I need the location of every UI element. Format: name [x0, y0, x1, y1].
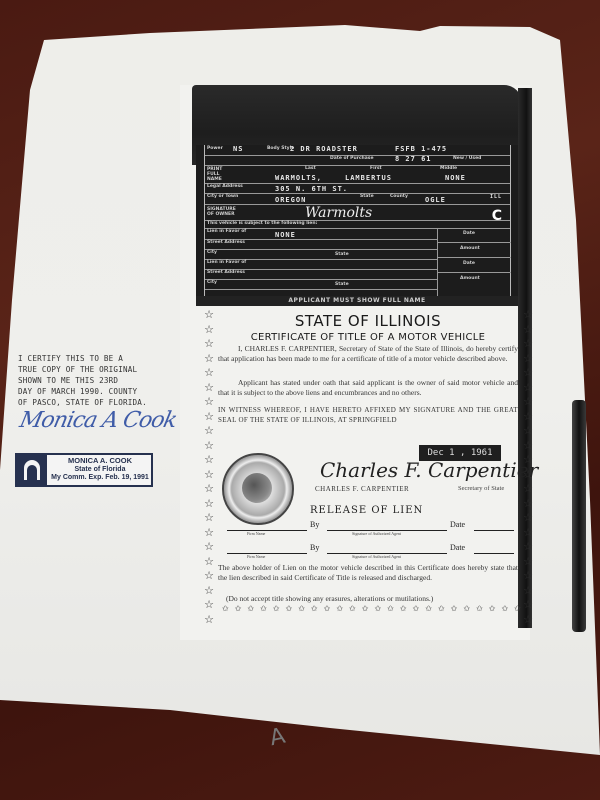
release-statement: The above holder of Lien on the motor ve… — [218, 563, 518, 583]
notary-line: TRUE COPY OF THE ORIGINAL — [18, 364, 188, 375]
by-label-1: By — [310, 520, 319, 529]
illinois-state-seal — [222, 453, 294, 525]
liens-header: This vehicle is subject to the following… — [207, 221, 317, 226]
date-label-1: Date — [450, 520, 465, 529]
lien2-favor-label: Lien in Favor of — [207, 260, 246, 265]
form-grid: Power NS Body Style 2 DR ROADSTER FSFB 1… — [204, 145, 511, 299]
star-border-left: ☆☆☆☆☆☆☆☆☆☆☆☆☆☆☆☆☆☆☆☆☆☆ — [202, 308, 216, 627]
owner-last-name: WARMOLTS, — [275, 174, 322, 182]
vehicle-info-form: Power NS Body Style 2 DR ROADSTER FSFB 1… — [196, 145, 518, 300]
purchase-date-value: 8 27 61 — [395, 155, 432, 163]
lien1-amount-label: Amount — [460, 246, 480, 251]
serial-value: FSFB 1-475 — [395, 145, 447, 153]
secretary-title: Secretary of State — [458, 485, 504, 492]
agent-signature-line-1 — [327, 520, 447, 531]
eagle-emblem-icon — [242, 473, 272, 503]
power-value: NS — [233, 145, 243, 153]
certify-paragraph: I, CHARLES F. CARPENTIER, Secretary of S… — [218, 344, 518, 364]
city-label: City or Town — [207, 194, 238, 199]
notary-stamp-text: MONICA A. COOK State of Florida My Comm.… — [50, 457, 150, 483]
full-name-banner: APPLICANT MUST SHOW FULL NAME — [196, 296, 518, 306]
date-line-1 — [474, 520, 514, 531]
secretary-signature: Charles F. Carpentier — [320, 458, 538, 482]
release-line-1: By Date Firm Name Signature of Authorize… — [222, 520, 512, 540]
notary-bell-icon — [17, 455, 47, 485]
new-used-label: New / Used — [453, 156, 481, 161]
notary-expiry: My Comm. Exp. Feb. 19, 1991 — [50, 474, 150, 483]
secretary-name: CHARLES F. CARPENTIER — [315, 485, 409, 493]
notary-state: State of Florida — [50, 466, 150, 475]
stray-pencil-mark: A — [268, 724, 288, 752]
county-label: County — [390, 194, 408, 199]
lien1-favor-label: Lien in Favor of — [207, 229, 246, 234]
notary-line: I CERTIFY THIS TO BE A — [18, 353, 188, 364]
owner-middle-name: NONE — [445, 174, 466, 182]
power-label: Power — [207, 146, 223, 151]
purchase-date-label: Date of Purchase — [330, 156, 374, 161]
firm-name-line-1 — [227, 520, 307, 531]
owner-signature: Warmolts — [305, 205, 372, 221]
notary-stamp: MONICA A. COOK State of Florida My Comm.… — [15, 453, 153, 487]
county-value: OGLE — [425, 196, 446, 204]
body-style-value: 2 DR ROADSTER — [290, 145, 358, 153]
oath-paragraph: Applicant has stated under oath that sai… — [218, 378, 518, 398]
state-title: STATE OF ILLINOIS — [218, 312, 518, 330]
notary-certification: I CERTIFY THIS TO BE A TRUE COPY OF THE … — [18, 353, 188, 408]
lien2-state-label: State — [335, 282, 349, 287]
middle-name-label: Middle — [440, 166, 457, 171]
signature-label: SIGNATURE OF OWNER — [207, 207, 237, 217]
certificate-heading: STATE OF ILLINOIS CERTIFICATE OF TITLE O… — [218, 312, 518, 343]
notary-line: OF PASCO, STATE OF FLORIDA. — [18, 397, 188, 408]
lien1-favor-value: NONE — [275, 231, 296, 239]
lien1-state-label: State — [335, 252, 349, 257]
state-label: State — [360, 194, 374, 199]
legal-address-label: Legal Address — [207, 184, 243, 189]
release-line-2: By Date Firm Name Signature of Authorize… — [222, 543, 512, 563]
agent-caption-1: Signature of Authorized Agent — [352, 531, 401, 536]
bottom-star-border: ✩ ✩ ✩ ✩ ✩ ✩ ✩ ✩ ✩ ✩ ✩ ✩ ✩ ✩ ✩ ✩ ✩ ✩ ✩ ✩ … — [222, 604, 522, 613]
notary-line: SHOWN TO ME THIS 23RD — [18, 375, 188, 386]
state-value: ILL — [490, 194, 502, 200]
lien2-street-label: Street Address — [207, 270, 245, 275]
agent-signature-line-2 — [327, 543, 447, 554]
owner-name-label: PRINT FULL NAME — [207, 167, 229, 182]
by-label-2: By — [310, 543, 319, 552]
lien-date-amount-column: Date Amount Date Amount — [437, 228, 511, 298]
lien2-city-label: City — [207, 280, 217, 285]
lien1-street-label: Street Address — [207, 240, 245, 245]
alteration-warning: (Do not accept title showing any erasure… — [226, 594, 526, 604]
firm-name-caption-2: Firm Name — [247, 554, 265, 559]
firm-name-line-2 — [227, 543, 307, 554]
first-name-label: First — [370, 166, 382, 171]
notary-name: MONICA A. COOK — [50, 457, 150, 466]
owner-first-name: LAMBERTUS — [345, 174, 392, 182]
notary-line: DAY OF MARCH 1990. COUNTY — [18, 386, 188, 397]
release-of-lien-title: RELEASE OF LIEN — [310, 505, 423, 516]
certificate-title: CERTIFICATE OF TITLE OF A MOTOR VEHICLE — [218, 332, 518, 343]
date-label-2: Date — [450, 543, 465, 552]
agent-caption-2: Signature of Authorized Agent — [352, 554, 401, 559]
city-value: OREGON — [275, 196, 306, 204]
last-name-label: Last — [305, 166, 316, 171]
paper-edge-shadow — [572, 400, 586, 632]
lien1-city-label: City — [207, 250, 217, 255]
date-line-2 — [474, 543, 514, 554]
lien2-date-label: Date — [463, 261, 475, 266]
lien1-date-label: Date — [463, 231, 475, 236]
lien2-amount-label: Amount — [460, 276, 480, 281]
witness-paragraph: IN WITNESS WHEREOF, I HAVE HERETO AFFIXE… — [218, 405, 518, 425]
firm-name-caption-1: Firm Name — [247, 531, 265, 536]
legal-address-value: 305 N. 6TH ST. — [275, 185, 348, 193]
notary-signature: Monica A Cook — [17, 408, 178, 433]
